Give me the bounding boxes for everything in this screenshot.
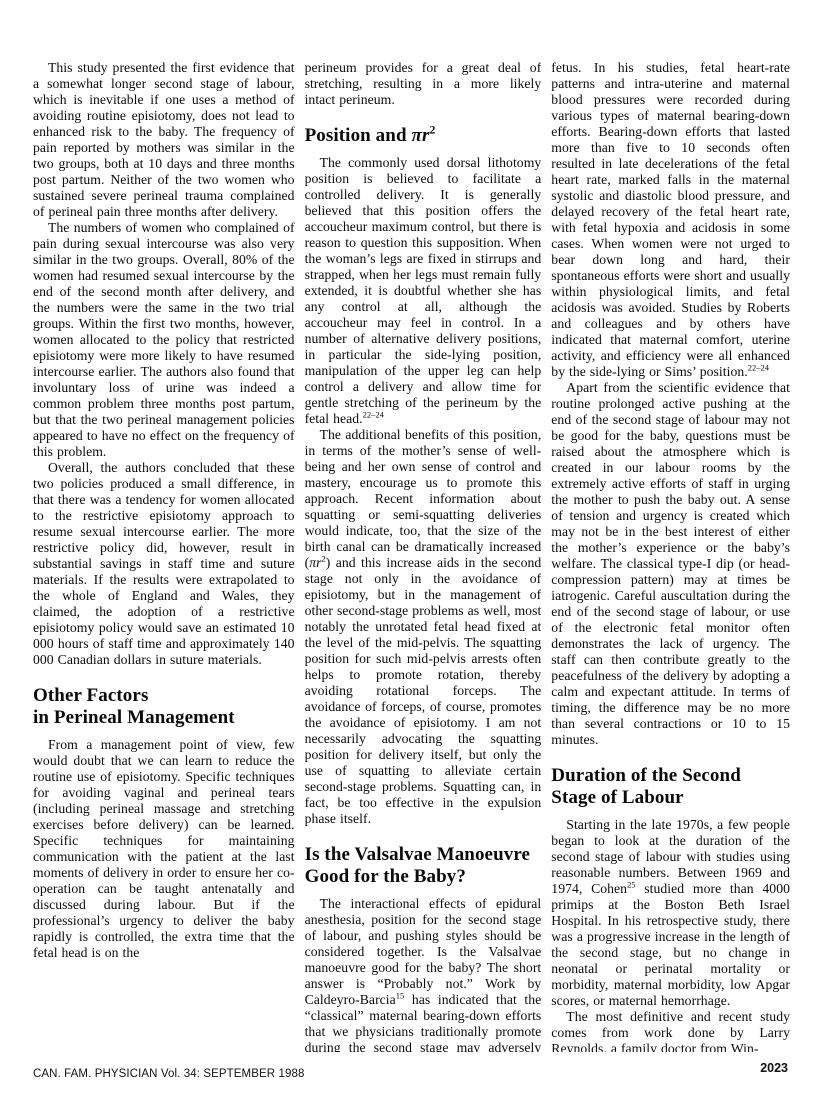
- journal-footer: CAN. FAM. PHYSICIAN Vol. 34: SEPTEMBER 1…: [33, 1068, 304, 1080]
- paragraph: This study presented the first evidence …: [33, 60, 295, 220]
- paragraph: Apart from the scientific evidence that …: [551, 380, 790, 748]
- paragraph: fetus. In his studies, fetal heart-rate …: [551, 60, 790, 380]
- paragraph: The most definitive and recent study com…: [551, 1009, 790, 1052]
- section-heading: Duration of the SecondStage of Labour: [551, 765, 790, 809]
- paragraph: perineum provides for a great deal of st…: [305, 60, 542, 108]
- paragraph: Overall, the authors concluded that thes…: [33, 460, 295, 668]
- paragraph: The commonly used dorsal lithotomy posit…: [305, 155, 542, 427]
- article-body: This study presented the first evidence …: [33, 60, 790, 1052]
- paragraph: Starting in the late 1970s, a few people…: [551, 817, 790, 1009]
- section-heading: Position and πr2: [305, 125, 542, 147]
- paragraph: The additional benefits of this position…: [305, 427, 542, 827]
- section-heading: Is the Valsalvae ManoeuvreGood for the B…: [305, 844, 542, 888]
- text-column-3: fetus. In his studies, fetal heart-rate …: [551, 60, 790, 1052]
- paragraph: From a management point of view, few wou…: [33, 737, 295, 961]
- text-column-2: perineum provides for a great deal of st…: [305, 60, 542, 1052]
- paragraph: The interactional effects of epidural an…: [305, 896, 542, 1052]
- page-number: 2023: [760, 1061, 788, 1075]
- section-heading: Other Factorsin Perineal Management: [33, 685, 295, 729]
- journal-page: This study presented the first evidence …: [0, 0, 816, 1112]
- paragraph: The numbers of women who complained of p…: [33, 220, 295, 460]
- text-column-1: This study presented the first evidence …: [33, 60, 295, 1052]
